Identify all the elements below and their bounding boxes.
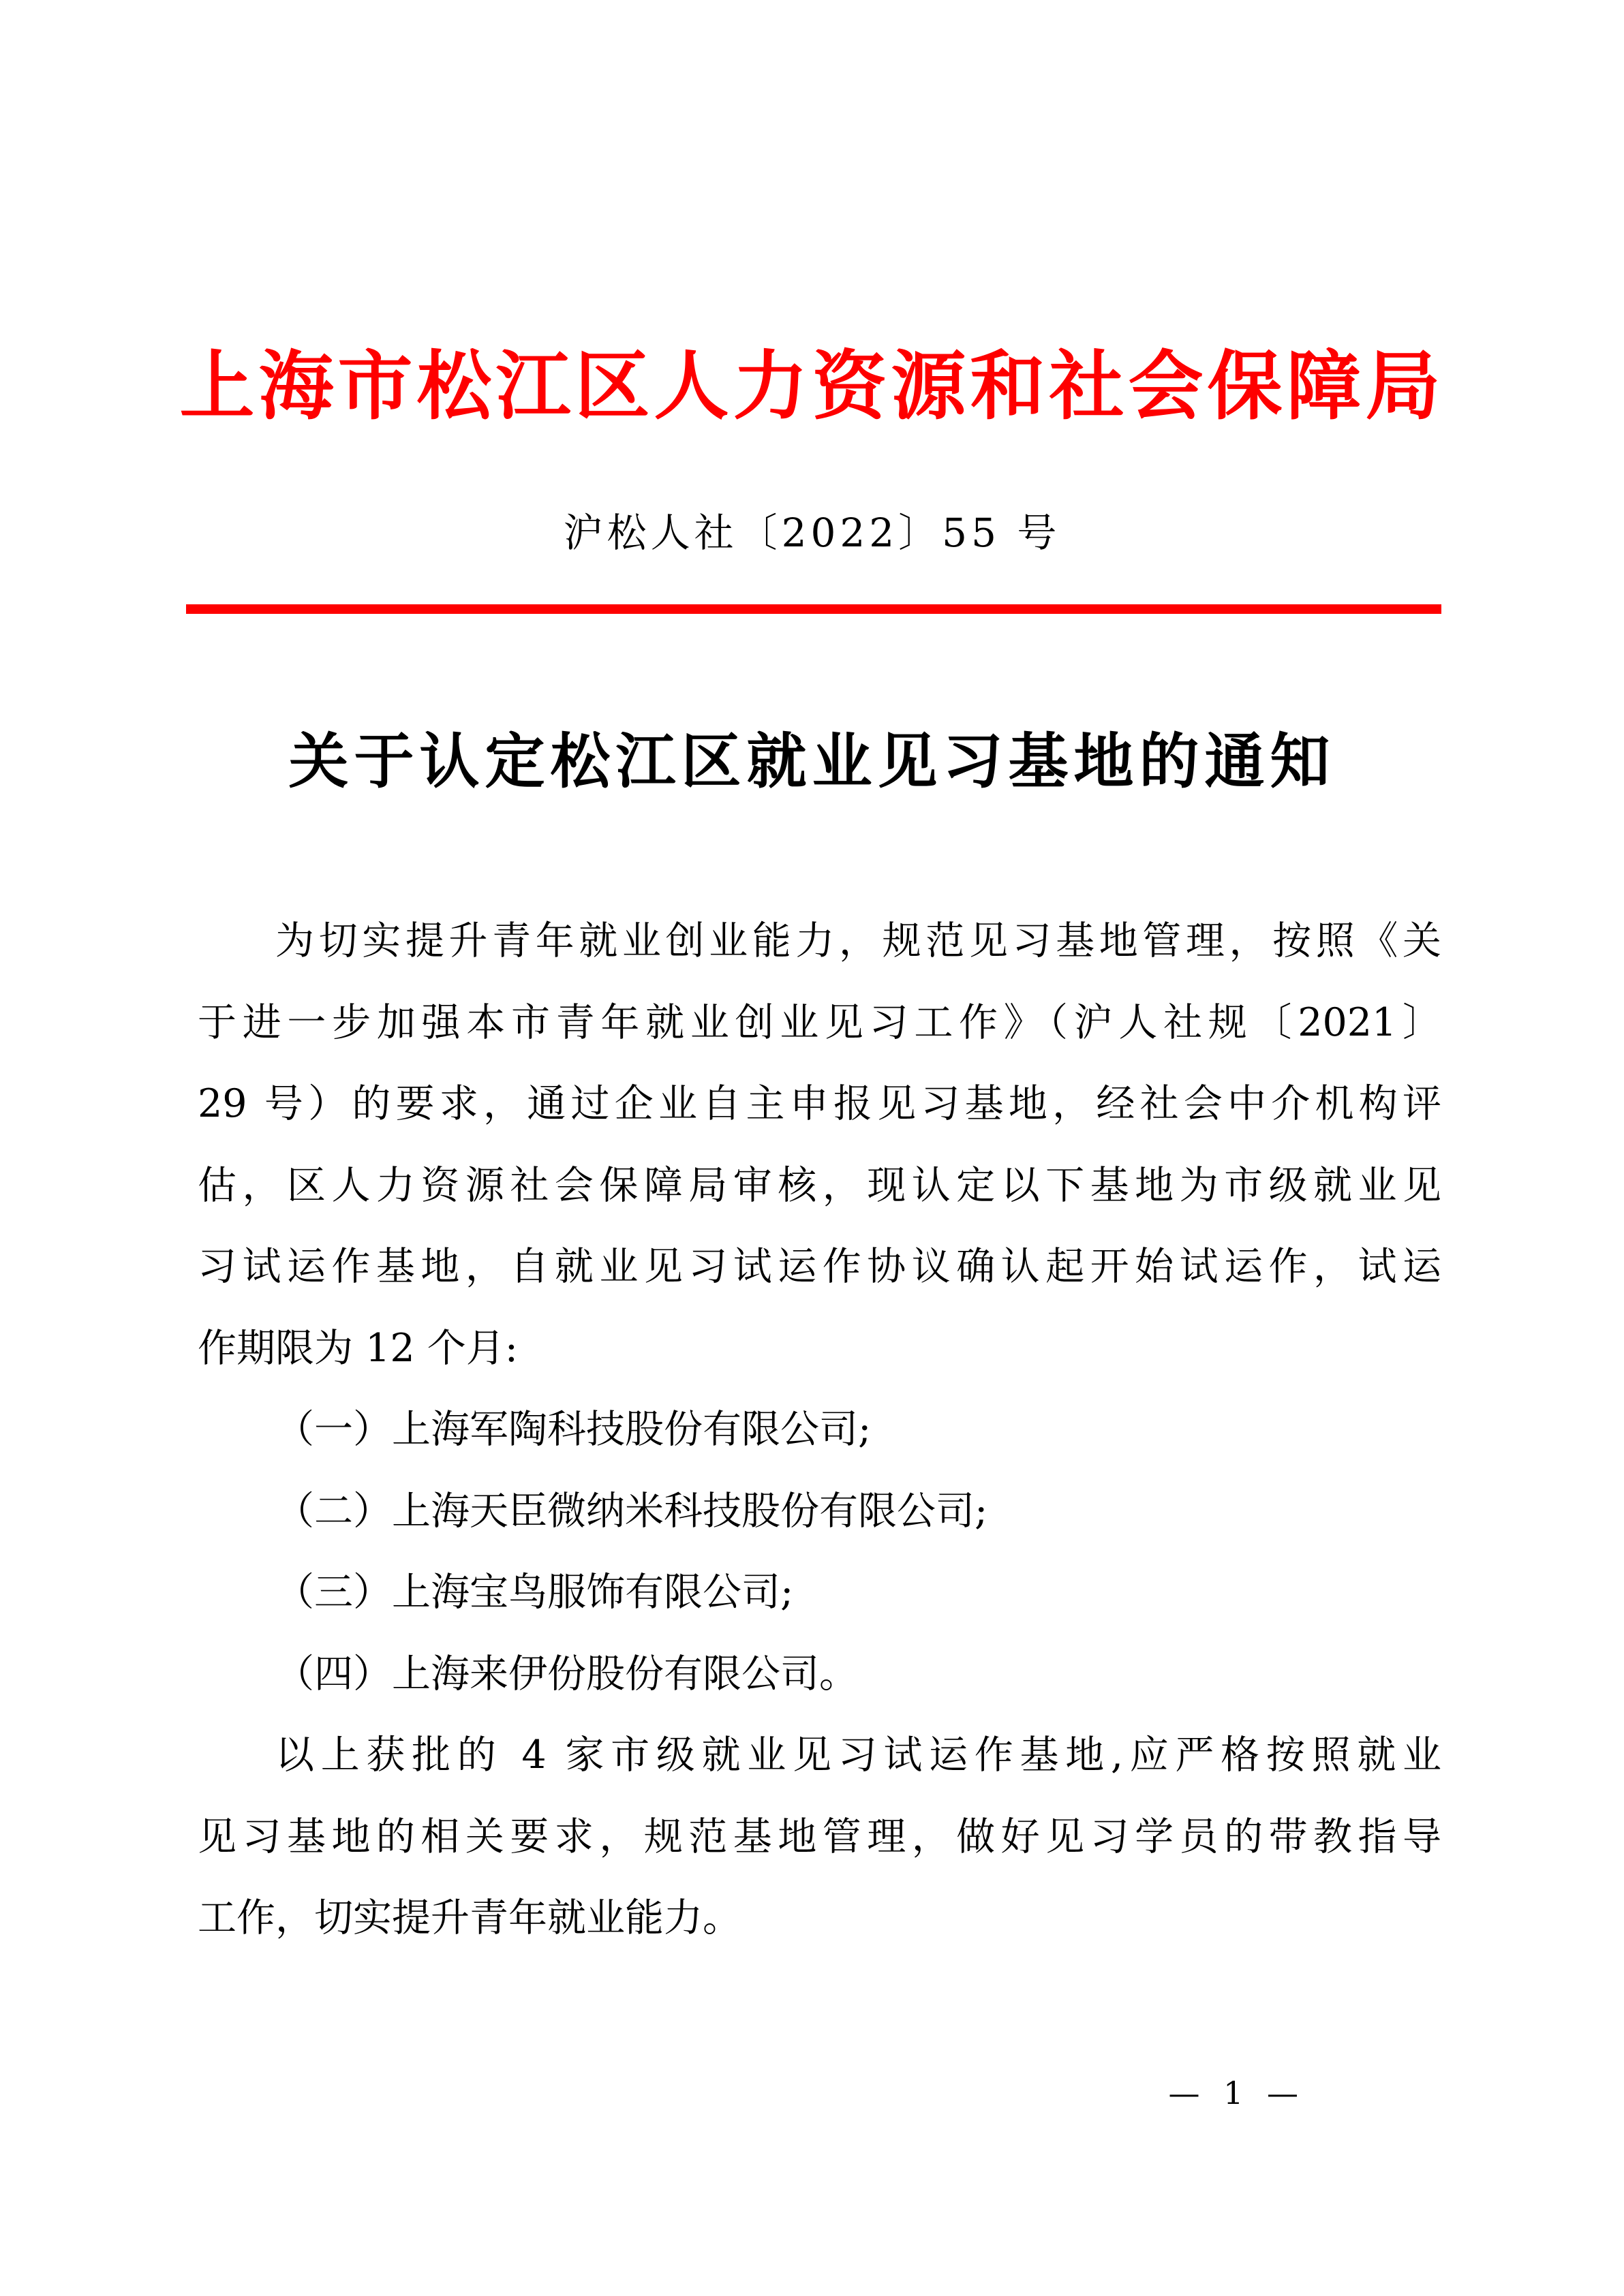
page-number: — 1 — bbox=[1168, 2073, 1305, 2113]
body-line: 于进一步加强本市青年就业创业见习工作》（沪人社规〔2021〕 bbox=[198, 982, 1441, 1064]
agency-header: 上海市松江区人力资源和社会保障局 bbox=[0, 335, 1624, 437]
document-title: 关于认定松江区就业见习基地的通知 bbox=[0, 724, 1624, 798]
body-line: 29 号）的要求，通过企业自主申报见习基地，经社会中介机构评 bbox=[198, 1064, 1441, 1145]
body-line: 估，区人力资源社会保障局审核，现认定以下基地为市级就业见 bbox=[198, 1145, 1441, 1227]
body-line: 习试运作基地，自就业见习试运作协议确认起开始试运作，试运 bbox=[198, 1226, 1441, 1308]
red-divider bbox=[186, 604, 1441, 614]
document-page: 上海市松江区人力资源和社会保障局 沪松人社〔2022〕55 号 关于认定松江区就… bbox=[0, 0, 1624, 2296]
body-line: （四）上海来伊份股份有限公司。 bbox=[198, 1634, 1441, 1716]
body-line: 作期限为 12 个月: bbox=[198, 1308, 1441, 1390]
body-line: （一）上海军陶科技股份有限公司; bbox=[198, 1389, 1441, 1471]
document-number: 沪松人社〔2022〕55 号 bbox=[0, 506, 1624, 560]
body-line: 工作，切实提升青年就业能力。 bbox=[198, 1878, 1441, 1959]
body-text: 为切实提升青年就业创业能力，规范见习基地管理，按照《关于进一步加强本市青年就业创… bbox=[198, 901, 1441, 1959]
body-line: 为切实提升青年就业创业能力，规范见习基地管理，按照《关 bbox=[198, 901, 1441, 982]
body-line: 以上获批的 4 家市级就业见习试运作基地,应严格按照就业 bbox=[198, 1715, 1441, 1797]
body-line: （三）上海宝鸟服饰有限公司; bbox=[198, 1552, 1441, 1634]
body-line: （二）上海天臣微纳米科技股份有限公司; bbox=[198, 1471, 1441, 1553]
body-line: 见习基地的相关要求，规范基地管理，做好见习学员的带教指导 bbox=[198, 1797, 1441, 1878]
